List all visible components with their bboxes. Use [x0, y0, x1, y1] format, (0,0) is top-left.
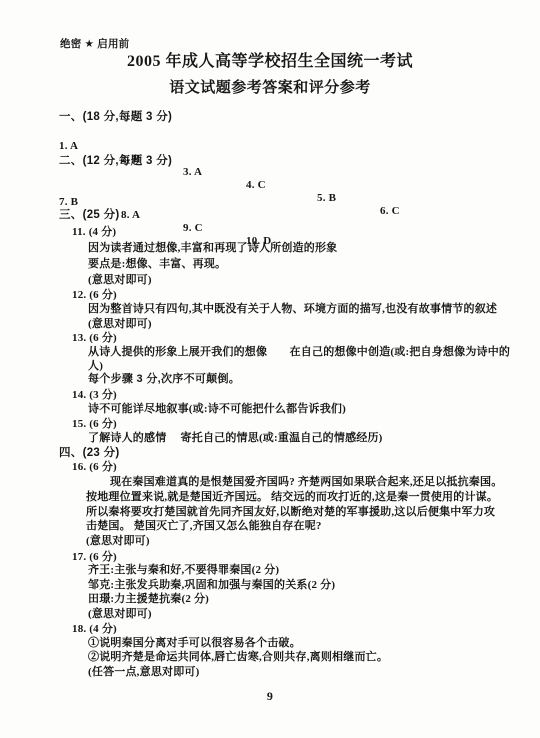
item-17-line-2: 邹克:主张发兵助秦,巩固和加强与秦国的关系(2 分) — [88, 579, 335, 592]
item-18-line-1: ①说明秦国分离对手可以很容易各个击破。 — [88, 637, 301, 650]
mc-answers-row-2: 7. B 8. A 9. C 10. D — [0, 183, 12, 261]
page-number: 9 — [0, 690, 540, 703]
section-4-heading: 四、(23 分) — [59, 447, 120, 460]
mc-answer-7: 7. B — [59, 196, 78, 209]
exam-subtitle: 语文试题参考答案和评分参考 — [0, 81, 540, 94]
answer-key-document-page: 绝密 ★ 启用前 2005 年成人高等学校招生全国统一考试 语文试题参考答案和评… — [0, 0, 540, 738]
mc-answer-3: 3. A — [183, 166, 202, 179]
item-11-line-1: 因为读者通过想像,丰富和再现了诗人所创造的形象 — [88, 242, 337, 255]
item-13-line-2: 人) — [88, 360, 103, 373]
section-2-heading: 二、(12 分,每题 3 分) — [59, 155, 172, 168]
item-16-label: 16. (6 分) — [72, 461, 117, 474]
item-18-line-3: (任答一点,意思对即可) — [88, 666, 199, 679]
item-14-line-1: 诗不可能详尽地叙事(或:诗不可能把什么都告诉我们) — [88, 403, 346, 416]
item-16-line-3: 所以秦将要攻打楚国就首先同齐国友好,以断绝对楚的军事援助,这以后便集中军力攻 — [86, 506, 495, 519]
item-11-line-2: 要点是:想像、丰富、再现。 — [88, 258, 226, 271]
mc-answer-1: 1. A — [59, 140, 78, 153]
item-13-line-1: 从诗人提供的形象上展开我们的想像 在自己的想像中创造(或:把自身想像为诗中的 — [88, 346, 510, 359]
item-13-scoring-note: 每个步骤 3 分,次序不可颠倒。 — [88, 373, 240, 386]
section-3-heading: 三、(25 分) — [59, 209, 120, 222]
mc-answer-4: 4. C — [246, 179, 266, 192]
item-13-label: 13. (6 分) — [72, 332, 117, 345]
mc-answer-5: 5. B — [317, 192, 336, 205]
item-12-line-2: (意思对即可) — [88, 318, 152, 331]
item-16-line-2: 按地理位置来说,就是楚国近齐国远。 结交远的而攻打近的,这是秦一贯使用的计谋。 — [86, 491, 498, 504]
item-15-label: 15. (6 分) — [72, 418, 117, 431]
mc-answer-9: 9. C — [183, 222, 203, 235]
security-classification: 绝密 ★ 启用前 — [60, 38, 129, 51]
item-16-line-5: (意思对即可) — [86, 535, 150, 548]
mc-answer-6: 6. C — [380, 205, 400, 218]
mc-answer-8: 8. A — [121, 209, 140, 222]
item-16-line-4: 击楚国。 楚国灭亡了,齐国又怎么能独自存在呢? — [86, 520, 322, 533]
item-16-line-1: 现在秦国难道真的是恨楚国爱齐国吗? 齐楚两国如果联合起来,还足以抵抗秦国。 — [110, 476, 502, 489]
item-18-label: 18. (4 分) — [72, 623, 117, 636]
item-17-label: 17. (6 分) — [72, 551, 117, 564]
item-14-label: 14. (3 分) — [72, 389, 117, 402]
item-11-line-3: (意思对即可) — [88, 274, 152, 287]
item-15-line-1: 了解诗人的感情 寄托自己的情思(或:重温自己的情感经历) — [88, 432, 383, 445]
item-17-line-3: 田璟:力主援楚抗秦(2 分) — [88, 593, 209, 606]
item-12-label: 12. (6 分) — [72, 289, 117, 302]
item-17-line-1: 齐王:主张与秦和好,不要得罪秦国(2 分) — [88, 564, 279, 577]
item-17-line-4: (意思对即可) — [88, 608, 152, 621]
item-12-line-1: 因为整首诗只有四句,其中既没有关于人物、环境方面的描写,也没有故事情节的叙述 — [88, 303, 497, 316]
item-18-line-2: ②说明齐楚是命运共同体,唇亡齿寒,合则共存,离则相继而亡。 — [88, 651, 388, 664]
section-1-heading: 一、(18 分,每题 3 分) — [59, 111, 172, 124]
exam-title: 2005 年成人高等学校招生全国统一考试 — [0, 55, 540, 68]
item-11-label: 11. (4 分) — [72, 226, 116, 239]
